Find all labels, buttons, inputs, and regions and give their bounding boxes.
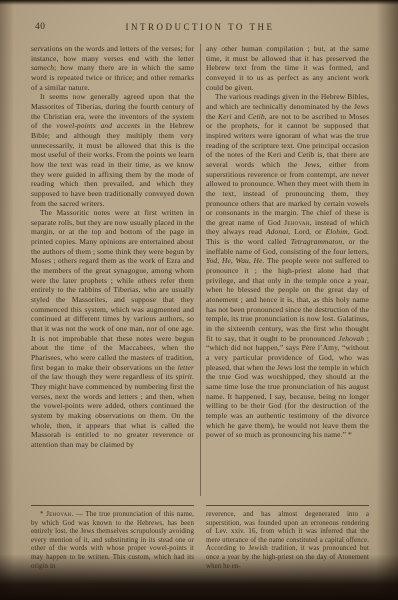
paragraph: * Jehovah. — The true pronunciation of t… <box>31 511 194 571</box>
text-segment: Tetragrammaton <box>291 237 343 246</box>
footnote-right-column: reverence, and has almost degenerated in… <box>206 505 369 571</box>
running-title: INTRODUCTION TO THE <box>31 22 369 32</box>
text-segment: . — The true pronunciation of this name,… <box>31 511 194 570</box>
text-segment: and <box>232 112 248 121</box>
text-segment: of the law though they were regardless o… <box>31 372 176 381</box>
text-segment: . The people were not suffered to pronou… <box>206 256 369 342</box>
footnote-section: * Jehovah. — The true pronunciation of t… <box>31 505 369 571</box>
text-segment: samech <box>31 63 54 72</box>
text-segment: The Massoritic notes were at first writt… <box>31 208 194 372</box>
text-segment: Jehovah <box>46 511 71 518</box>
footnote-left-column: * Jehovah. — The true pronunciation of t… <box>31 505 194 571</box>
paragraph: any other human compilation ; but, at th… <box>206 44 369 92</box>
text-segment: ; how many there are in which the same w… <box>31 63 194 91</box>
text-segment: spirit <box>176 372 192 381</box>
page-content: 40 INTRODUCTION TO THE servations on the… <box>31 20 369 571</box>
text-segment: . They might have commenced by numbering… <box>31 372 194 449</box>
text-columns: servations on the words and letters of t… <box>31 44 369 496</box>
paragraph: servations on the words and letters of t… <box>31 44 194 92</box>
text-segment: Wau <box>236 256 249 265</box>
text-segment: reverence, and has almost degenerated in… <box>206 511 369 570</box>
text-segment: servations on the words and letters of t… <box>31 44 194 63</box>
left-column: servations on the words and letters of t… <box>31 44 194 496</box>
column-divider <box>200 44 201 496</box>
text-segment: , are not to be ascribed to Moses or the… <box>206 112 369 227</box>
text-segment: vowel-points and accents <box>56 121 140 130</box>
book-page: 40 INTRODUCTION TO THE servations on the… <box>0 0 398 600</box>
footnote-gap <box>194 505 206 571</box>
paragraph: The Massoritic notes were at first writt… <box>31 208 194 449</box>
text-segment: in the Hebrew Bible; and although they m… <box>31 121 194 207</box>
text-segment: Elohim <box>326 227 348 236</box>
text-segment: Jehovah <box>284 218 309 227</box>
page-header: 40 INTRODUCTION TO THE <box>31 20 369 38</box>
text-segment: letter <box>178 363 194 372</box>
text-segment: Cetib <box>248 112 265 121</box>
text-segment: He <box>222 256 231 265</box>
paragraph: reverence, and has almost degenerated in… <box>206 511 369 571</box>
text-segment: any other human compilation ; but, at th… <box>206 44 369 92</box>
text-segment: Jehovah <box>338 334 364 343</box>
text-segment: Keri <box>218 112 232 121</box>
text-segment: Yod <box>206 256 217 265</box>
text-segment: , Lord, or <box>288 227 325 236</box>
text-segment: Adonai <box>266 227 288 236</box>
text-segment: ; “which did not happen,” says Père l’Am… <box>206 334 369 440</box>
paragraph: It seems now generally agreed upon that … <box>31 92 194 208</box>
paragraph: The various readings given in the Hebrew… <box>206 92 369 440</box>
right-column: any other human compilation ; but, at th… <box>206 44 369 496</box>
